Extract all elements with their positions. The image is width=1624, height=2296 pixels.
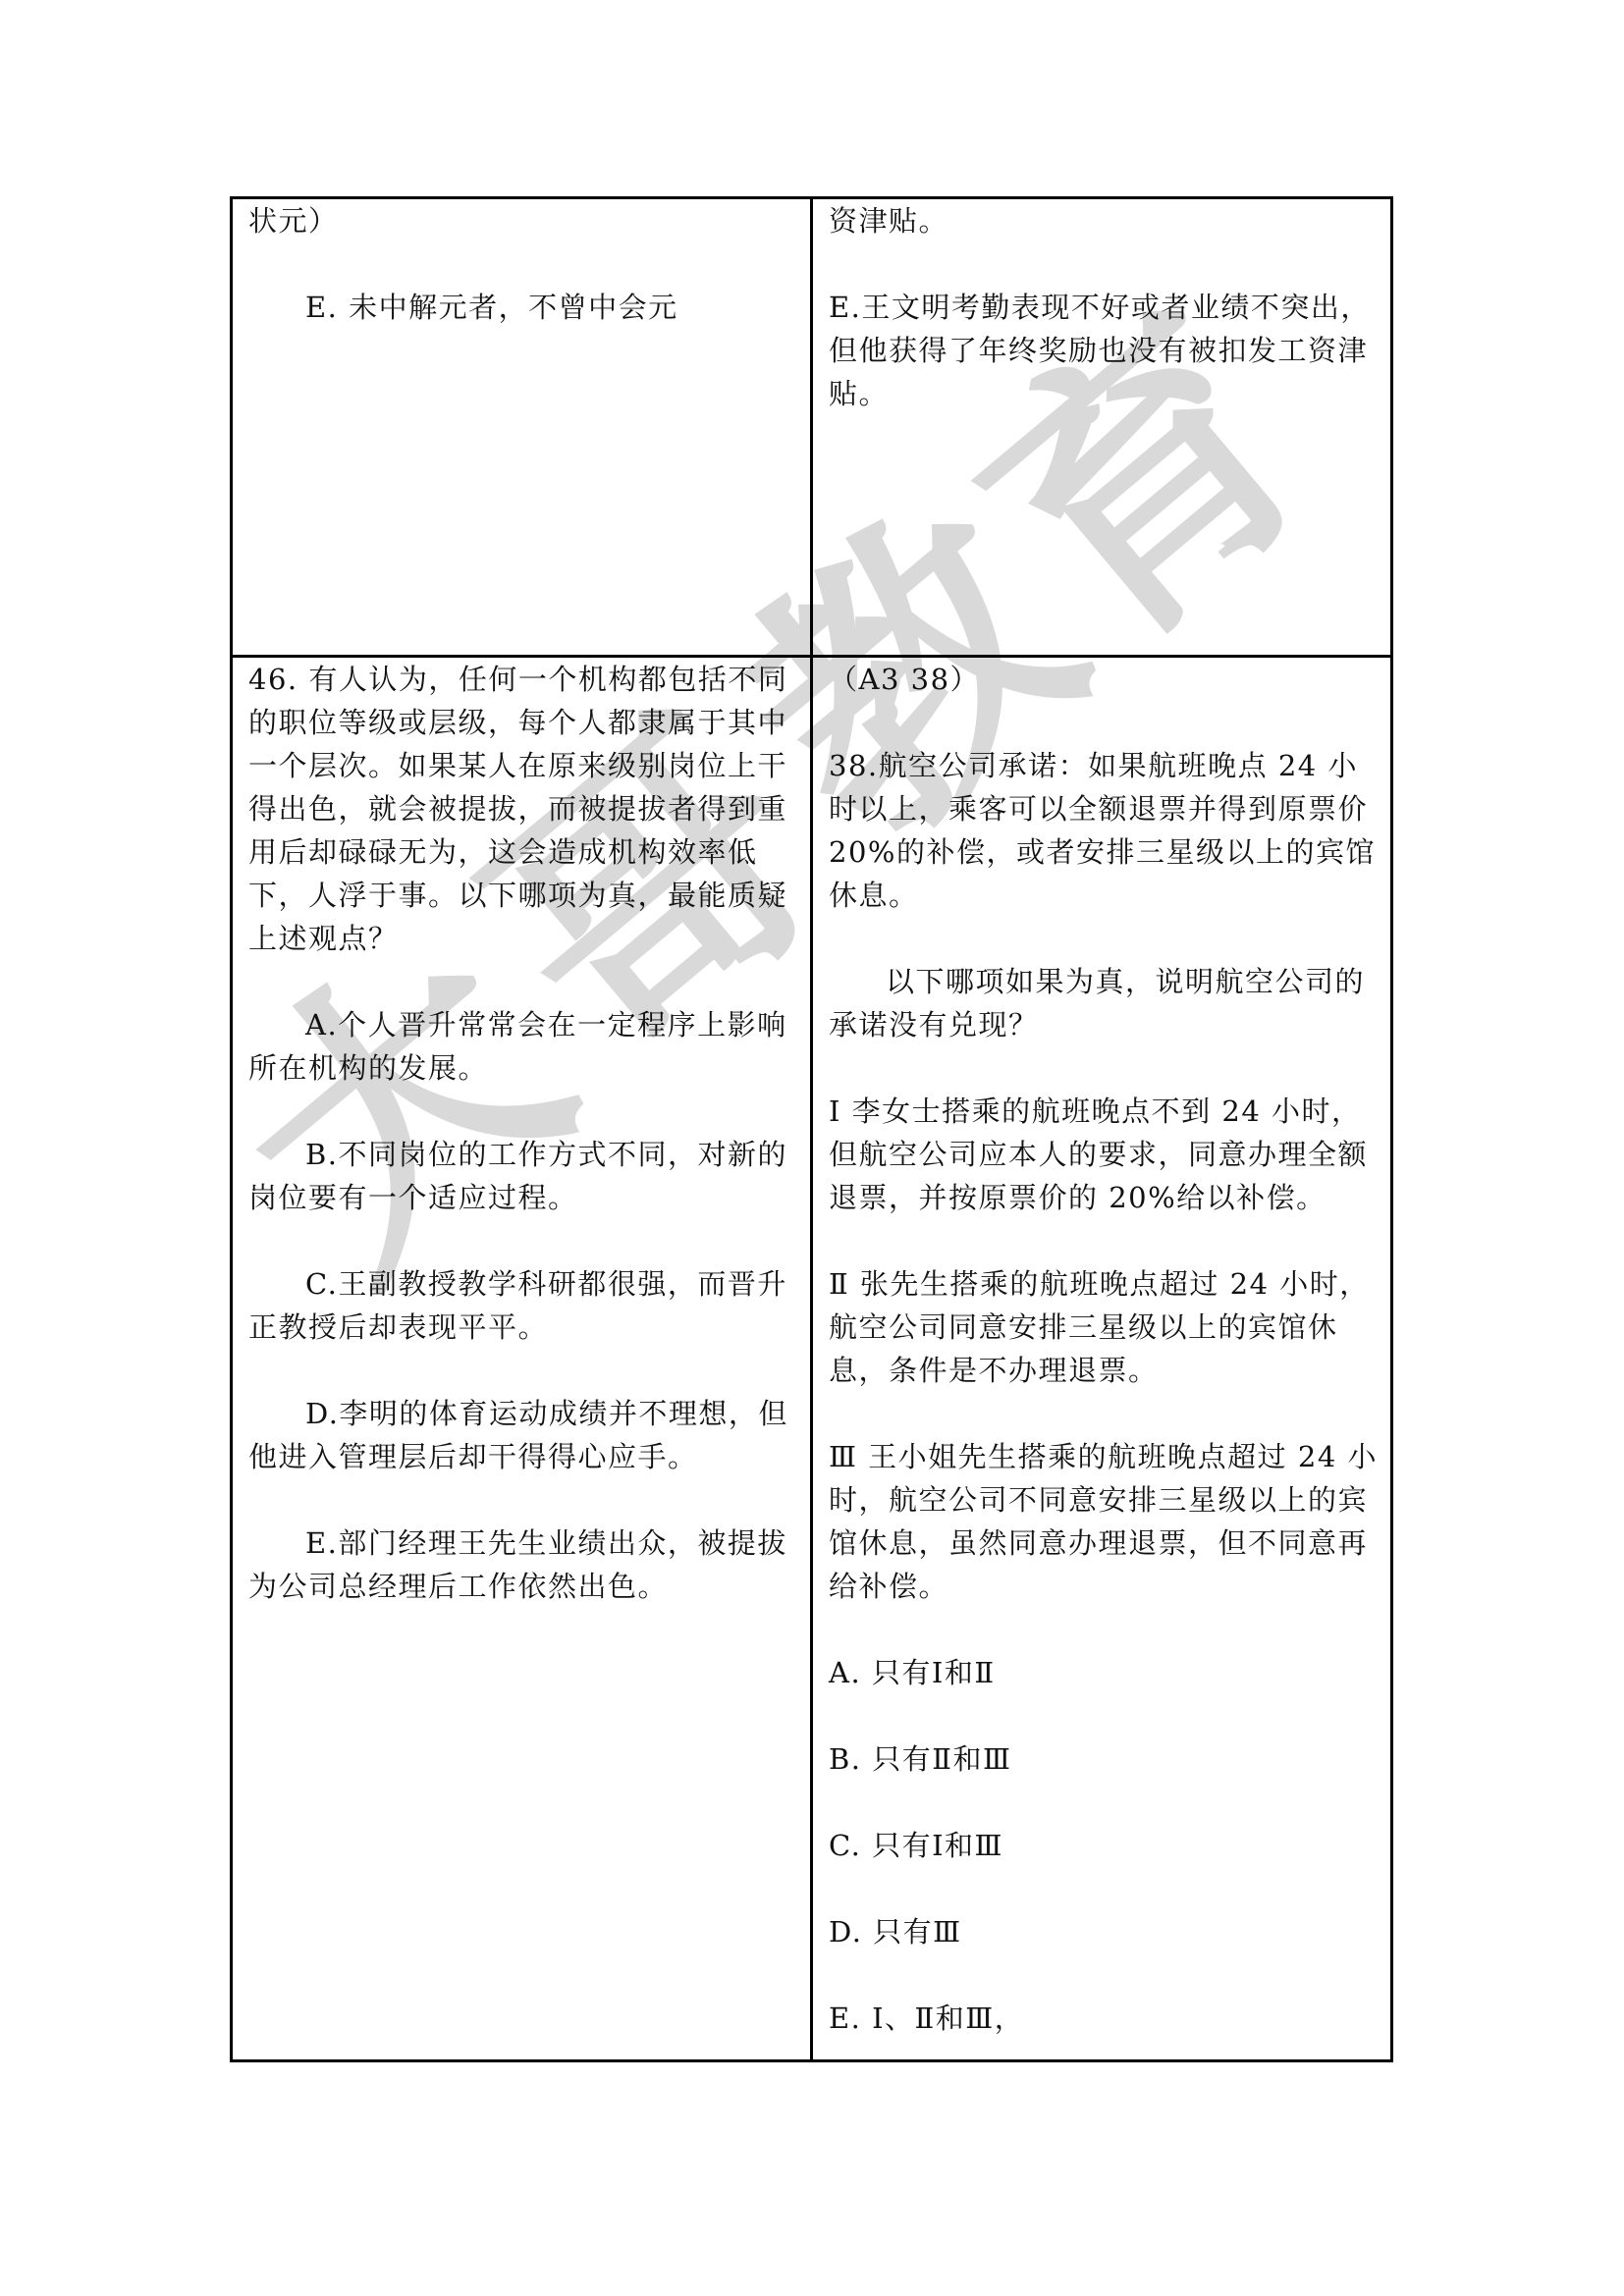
question-46: 46. 有人认为，任何一个机构都包括不同的职位等级或层级，每个人都隶属于其中一个… bbox=[248, 658, 800, 960]
cell-left-bottom: 46. 有人认为，任何一个机构都包括不同的职位等级或层级，每个人都隶属于其中一个… bbox=[232, 657, 812, 2061]
table-row: 状元） E. 未中解元者，不曾中会元 资津贴。 E.王文明考勤表现不好或者业绩不… bbox=[232, 198, 1392, 657]
source-label: （A3 38） bbox=[829, 658, 1380, 701]
option-d: D. 只有Ⅲ bbox=[829, 1910, 1380, 1953]
option-e: E.部门经理王先生业绩出众，被提拔为公司总经理后工作依然出色。 bbox=[248, 1522, 800, 1608]
cell-right-bottom: （A3 38） 38.航空公司承诺：如果航班晚点 24 小时以上，乘客可以全额退… bbox=[812, 657, 1392, 2061]
option-c: C. 只有Ⅰ和Ⅲ bbox=[829, 1824, 1380, 1867]
option-a: A. 只有Ⅰ和Ⅱ bbox=[829, 1651, 1380, 1694]
statement-1: Ⅰ 李女士搭乘的航班晚点不到 24 小时，但航空公司应本人的要求，同意办理全额退… bbox=[829, 1090, 1380, 1219]
option-a: A.个人晋升常常会在一定程序上影响所在机构的发展。 bbox=[248, 1003, 800, 1090]
question-prompt: 以下哪项如果为真，说明航空公司的承诺没有兑现？ bbox=[829, 960, 1380, 1046]
statement-2: Ⅱ 张先生搭乘的航班晚点超过 24 小时，航空公司同意安排三星级以上的宾馆休息，… bbox=[829, 1262, 1380, 1392]
option-e: E. Ⅰ、Ⅱ和Ⅲ， bbox=[829, 1997, 1380, 2040]
option-e: E. 未中解元者，不曾中会元 bbox=[248, 286, 800, 329]
question-table: 状元） E. 未中解元者，不曾中会元 资津贴。 E.王文明考勤表现不好或者业绩不… bbox=[230, 196, 1393, 2062]
option-d: D.李明的体育运动成绩并不理想，但他进入管理层后却干得得心应手。 bbox=[248, 1392, 800, 1478]
continuation-text: 状元） bbox=[248, 199, 800, 242]
option-b: B. 只有Ⅱ和Ⅲ bbox=[829, 1737, 1380, 1781]
continuation-text: 资津贴。 bbox=[829, 199, 1380, 242]
option-c: C.王副教授教学科研都很强，而晋升正教授后却表现平平。 bbox=[248, 1262, 800, 1349]
option-e: E.王文明考勤表现不好或者业绩不突出，但他获得了年终奖励也没有被扣发工资津贴。 bbox=[829, 286, 1380, 415]
cell-right-top: 资津贴。 E.王文明考勤表现不好或者业绩不突出，但他获得了年终奖励也没有被扣发工… bbox=[812, 198, 1392, 657]
option-b: B.不同岗位的工作方式不同，对新的岗位要有一个适应过程。 bbox=[248, 1133, 800, 1219]
cell-left-top: 状元） E. 未中解元者，不曾中会元 bbox=[232, 198, 812, 657]
question-38: 38.航空公司承诺：如果航班晚点 24 小时以上，乘客可以全额退票并得到原票价 … bbox=[829, 744, 1380, 917]
statement-3: Ⅲ 王小姐先生搭乘的航班晚点超过 24 小时，航空公司不同意安排三星级以上的宾馆… bbox=[829, 1435, 1380, 1608]
table-row: 46. 有人认为，任何一个机构都包括不同的职位等级或层级，每个人都隶属于其中一个… bbox=[232, 657, 1392, 2061]
